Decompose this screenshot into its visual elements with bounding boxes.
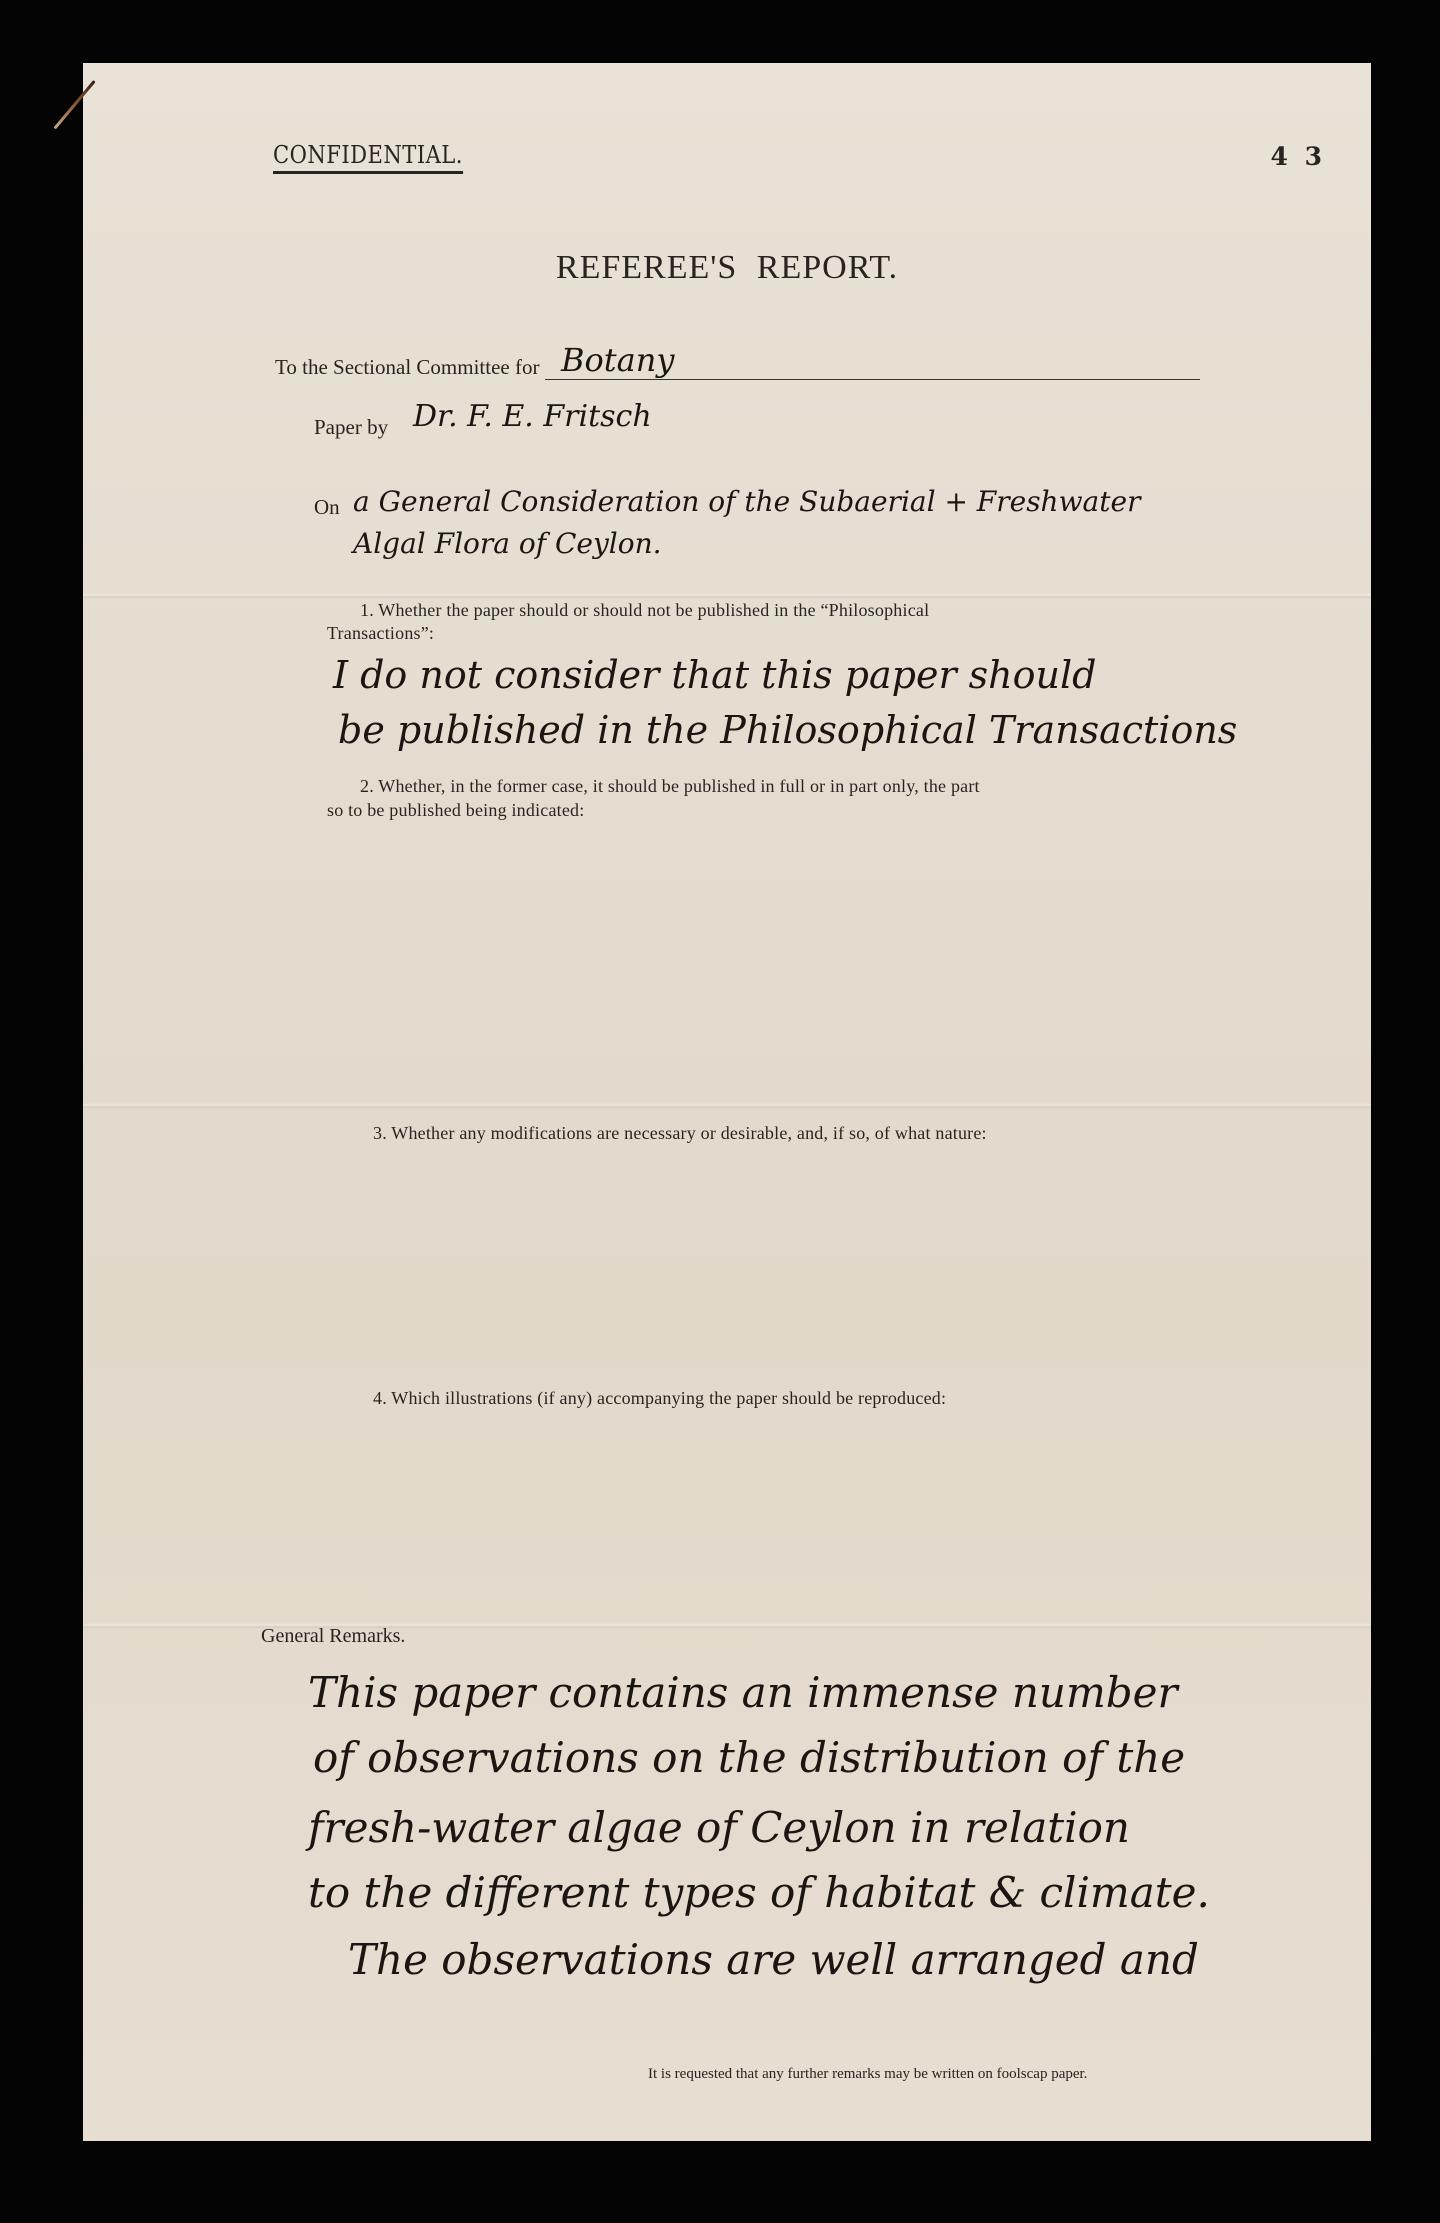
- fold-line: [83, 593, 1371, 599]
- question-4: 4. Which illustrations (if any) accompan…: [373, 1388, 946, 1409]
- committee-label: To the Sectional Committee for: [275, 355, 539, 380]
- on-value-line2: Algal Flora of Ceylon.: [353, 527, 662, 560]
- general-remarks-label: General Remarks.: [261, 1625, 405, 1648]
- answer-1-line2: be published in the Philosophical Transa…: [338, 708, 1237, 752]
- rust-mark: [53, 80, 95, 129]
- page-title: REFEREE'S REPORT.: [83, 249, 1371, 287]
- on-label: On: [314, 495, 340, 520]
- page-number: 4 3: [1271, 142, 1327, 171]
- question-1-line1: 1. Whether the paper should or should no…: [360, 600, 929, 621]
- question-2-line1: 2. Whether, in the former case, it shoul…: [360, 776, 980, 797]
- footer-note: It is requested that any further remarks…: [648, 2066, 1087, 2083]
- remarks-line: This paper contains an immense number: [308, 1668, 1178, 1717]
- remarks-line: fresh-water algae of Ceylon in relation: [308, 1803, 1130, 1852]
- question-2-line2: so to be published being indicated:: [327, 800, 584, 821]
- paper-by-value: Dr. F. E. Fritsch: [413, 399, 652, 434]
- fold-line: [83, 1103, 1371, 1109]
- question-3: 3. Whether any modifications are necessa…: [373, 1123, 987, 1144]
- referee-report-sheet: CONFIDENTIAL. 4 3 REFEREE'S REPORT. To t…: [83, 63, 1371, 2141]
- on-value-line1: a General Consideration of the Subaerial…: [353, 485, 1140, 518]
- committee-underline: [545, 379, 1200, 380]
- confidential-heading: CONFIDENTIAL.: [273, 141, 463, 174]
- remarks-line: The observations are well arranged and: [348, 1935, 1199, 1984]
- answer-1-line1: I do not consider that this paper should: [333, 653, 1097, 697]
- committee-value: Botany: [561, 341, 674, 379]
- remarks-line: of observations on the distribution of t…: [313, 1733, 1185, 1782]
- remarks-line: to the different types of habitat & clim…: [308, 1868, 1210, 1917]
- paper-by-label: Paper by: [314, 415, 388, 440]
- question-1-line2: Transactions”:: [327, 623, 434, 644]
